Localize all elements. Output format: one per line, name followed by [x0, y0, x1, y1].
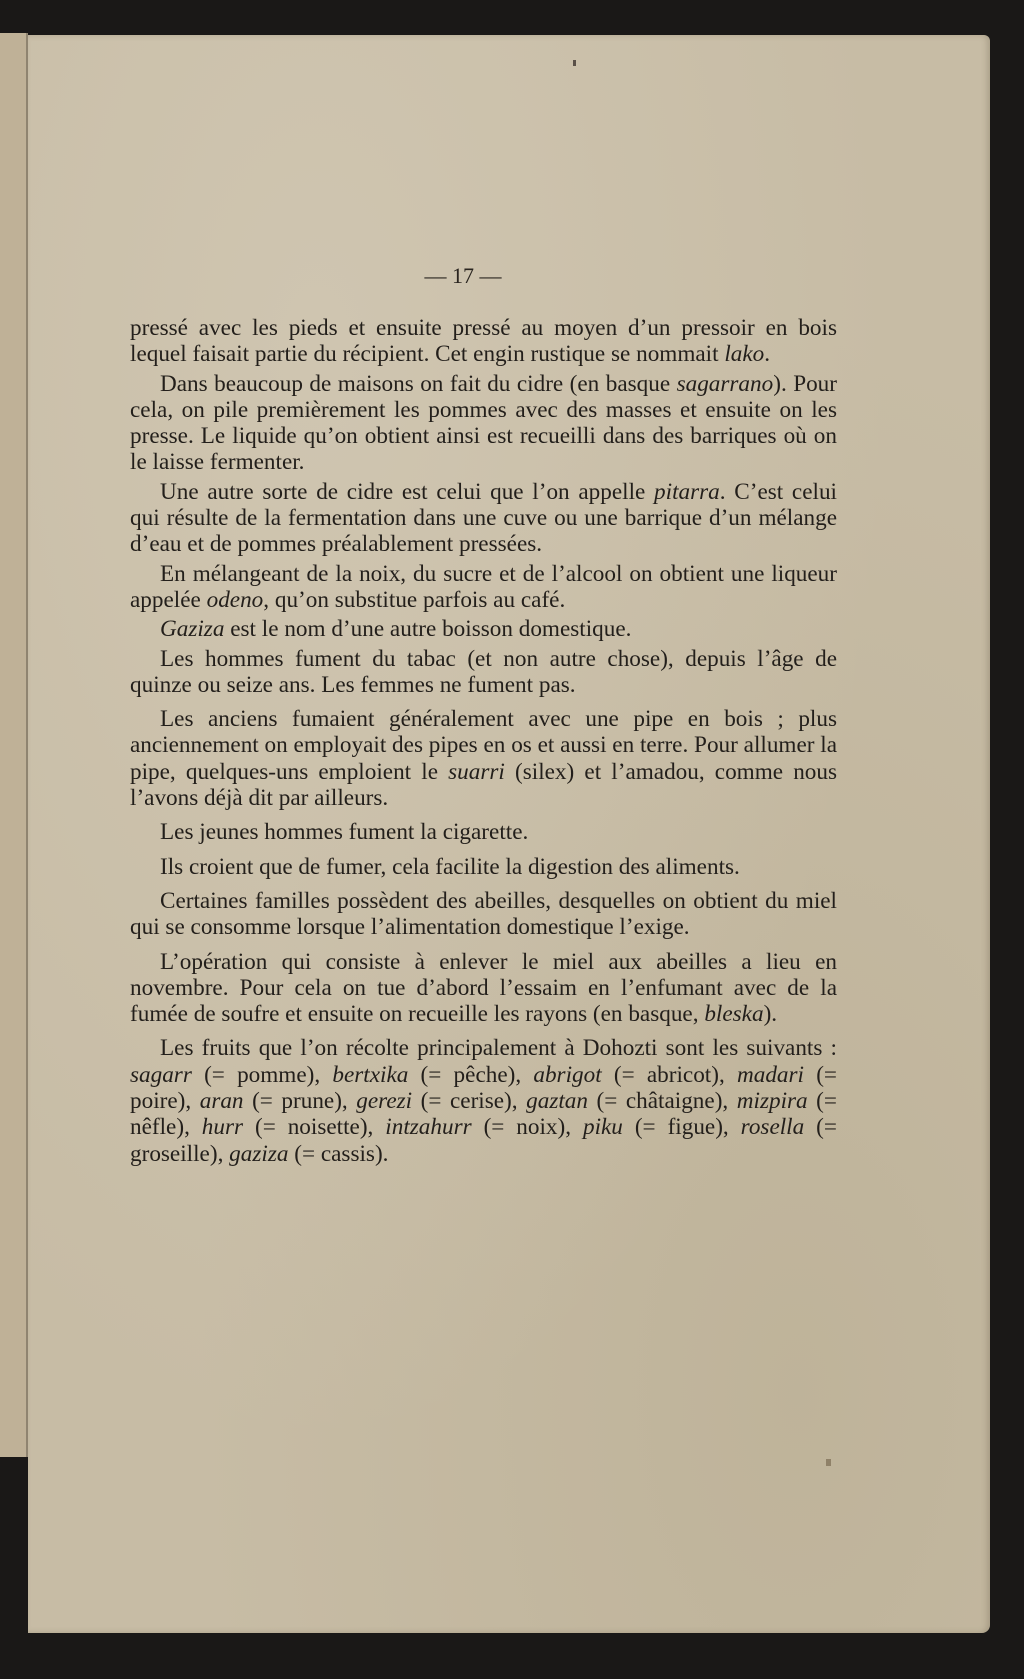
- text-run: (= châtaigne),: [588, 1088, 737, 1114]
- text-run: Une autre sorte de cidre est celui que l…: [160, 479, 654, 505]
- text-run: Les jeunes hommes fument la cigarette.: [160, 819, 528, 845]
- paragraph: Dans beaucoup de maisons on fait du cidr…: [130, 371, 837, 476]
- italic-term: bertxika: [332, 1062, 408, 1088]
- italic-term: gerezi: [356, 1088, 412, 1114]
- paragraph: Les anciens fumaient généralement avec u…: [130, 706, 837, 811]
- paragraph: Les jeunes hommes fument la cigarette.: [130, 819, 837, 845]
- italic-term: bleska: [704, 1001, 763, 1027]
- text-run: (= abricot),: [602, 1062, 737, 1088]
- italic-term: piku: [583, 1114, 623, 1140]
- text-run: (= cassis).: [288, 1141, 388, 1167]
- italic-term: pitarra: [654, 479, 720, 505]
- italic-term: rosella: [741, 1114, 805, 1140]
- italic-term: abrigot: [533, 1062, 601, 1088]
- text-run: (= figue),: [623, 1114, 741, 1140]
- italic-term: odeno: [207, 587, 264, 613]
- italic-term: sagarr: [130, 1062, 192, 1088]
- italic-term: suarri: [448, 759, 505, 785]
- text-run: (= pomme),: [192, 1062, 333, 1088]
- text-run: , qu’on substitue parfois au café.: [263, 587, 565, 613]
- italic-term: intzahurr: [385, 1114, 471, 1140]
- text-run: (= noisette),: [243, 1114, 385, 1140]
- text-run: Les hommes fument du tabac (et non autre…: [130, 646, 837, 698]
- paragraph: L’opération qui consiste à enlever le mi…: [130, 949, 837, 1028]
- paragraph: En mélangeant de la noix, du sucre et de…: [130, 561, 837, 614]
- paragraph: Certaines familles possèdent des abeille…: [130, 888, 837, 941]
- text-run: (= noix),: [472, 1114, 583, 1140]
- paragraph: pressé avec les pieds et ensuite pressé …: [130, 315, 837, 368]
- italic-term: gaztan: [526, 1088, 588, 1114]
- text-run: (= prune),: [244, 1088, 357, 1114]
- text-run: ).: [764, 1001, 778, 1027]
- italic-term: sagarrano: [677, 371, 774, 397]
- italic-term: lako: [724, 341, 764, 367]
- paragraph: Les fruits que l’on récolte principaleme…: [130, 1035, 837, 1166]
- paper-speck: [826, 1459, 831, 1466]
- text-run: Les fruits que l’on récolte principaleme…: [160, 1035, 837, 1061]
- text-run: Ils croient que de fumer, cela facilite …: [160, 854, 740, 880]
- text-run: Certaines familles possèdent des abeille…: [130, 888, 837, 940]
- paragraph: Ils croient que de fumer, cela facilite …: [130, 854, 837, 880]
- body-text: pressé avec les pieds et ensuite pressé …: [130, 315, 837, 1170]
- paragraph: Les hommes fument du tabac (et non autre…: [130, 646, 837, 699]
- italic-term: mizpira: [737, 1088, 808, 1114]
- italic-term: madari: [737, 1062, 804, 1088]
- italic-term: gaziza: [229, 1141, 288, 1167]
- text-run: (= cerise),: [412, 1088, 526, 1114]
- previous-page-edge: [0, 33, 28, 1457]
- book-page: — 17 — pressé avec les pieds et ensuite …: [28, 35, 990, 1633]
- text-run: .: [764, 341, 770, 367]
- page-number: — 17 —: [0, 263, 944, 289]
- paragraph: Une autre sorte de cidre est celui que l…: [130, 479, 837, 558]
- text-run: Dans beaucoup de maisons on fait du cidr…: [160, 371, 677, 397]
- italic-term: hurr: [202, 1114, 243, 1140]
- italic-term: Gaziza: [160, 616, 224, 642]
- text-run: (= pêche),: [408, 1062, 533, 1088]
- italic-term: aran: [200, 1088, 244, 1114]
- paragraph: Gaziza est le nom d’une autre boisson do…: [130, 616, 837, 642]
- paper-speck: [573, 60, 576, 66]
- text-run: est le nom d’une autre boisson domestiqu…: [224, 616, 631, 642]
